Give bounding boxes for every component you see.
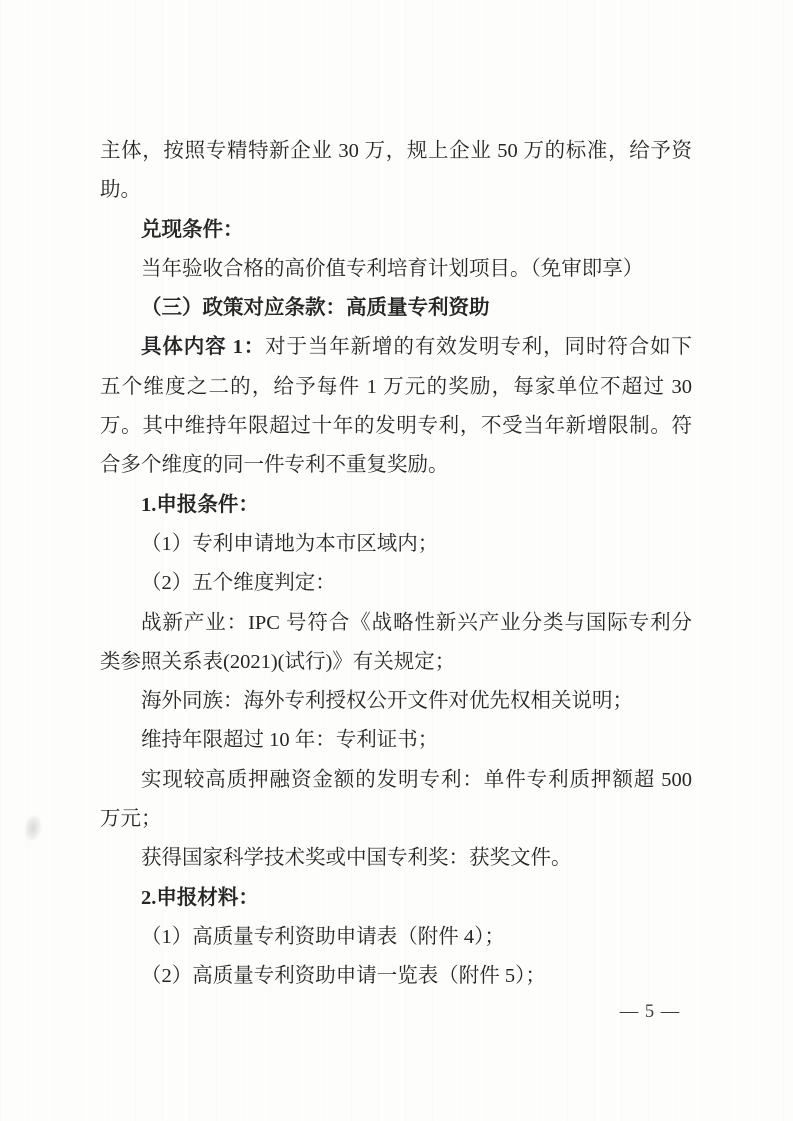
line-text: 当年验收合格的高价值专利培育计划项目。（免审即享） bbox=[141, 258, 643, 280]
line-text: （1）专利申请地为本市区域内； bbox=[141, 533, 438, 555]
line-text: 万。其中维持年限超过十年的发明专利，不受当年新增限制。符 bbox=[100, 415, 692, 437]
line-text: （2）高质量专利资助申请一览表（附件 5）； bbox=[141, 965, 546, 987]
text-line: （1）专利申请地为本市区域内； bbox=[100, 525, 692, 564]
line-text: 获得国家科学技术奖或中国专利奖：获奖文件。 bbox=[141, 847, 572, 869]
text-line: 万。其中维持年限超过十年的发明专利，不受当年新增限制。符 bbox=[100, 407, 692, 446]
line-text: 实现较高质押融资金额的发明专利：单件专利质押额超 500 bbox=[141, 769, 692, 791]
text-line: 当年验收合格的高价值专利培育计划项目。（免审即享） bbox=[100, 250, 692, 289]
line-text: （1）高质量专利资助申请表（附件 4）； bbox=[141, 926, 505, 948]
document-page: 主体，按照专精特新企业 30 万，规上企业 50 万的标准，给予资 助。 兑现条… bbox=[0, 0, 793, 1121]
line-bold-text: 1.申报条件： bbox=[141, 494, 259, 516]
line-text: 维持年限超过 10 年：专利证书； bbox=[141, 729, 438, 751]
line-text: 对于当年新增的有效发明专利，同时符合如下 bbox=[265, 336, 692, 358]
line-text: 类参照关系表(2021)(试行)》有关规定； bbox=[100, 651, 455, 673]
text-line: （2）五个维度判定： bbox=[100, 564, 692, 603]
line-bold-text: 具体内容 1： bbox=[141, 336, 265, 358]
line-text: 万元； bbox=[100, 808, 162, 830]
line-bold-text: 兑现条件： bbox=[141, 219, 244, 241]
text-line: 助。 bbox=[100, 171, 692, 210]
page-number: — 5 — bbox=[600, 1002, 700, 1023]
text-line: （1）高质量专利资助申请表（附件 4）； bbox=[100, 918, 692, 957]
text-line: 实现较高质押融资金额的发明专利：单件专利质押额超 500 bbox=[100, 761, 692, 800]
line-text: 海外同族：海外专利授权公开文件对优先权相关说明； bbox=[141, 690, 633, 712]
section-heading: 兑现条件： bbox=[100, 211, 692, 250]
text-line: （2）高质量专利资助申请一览表（附件 5）； bbox=[100, 957, 692, 996]
text-line: 主体，按照专精特新企业 30 万，规上企业 50 万的标准，给予资 bbox=[100, 132, 692, 171]
line-bold-text: 2.申报材料： bbox=[141, 887, 259, 909]
line-text: 合多个维度的同一件专利不重复奖励。 bbox=[100, 454, 449, 476]
text-line: 海外同族：海外专利授权公开文件对优先权相关说明； bbox=[100, 682, 692, 721]
text-line: 具体内容 1：对于当年新增的有效发明专利，同时符合如下 bbox=[100, 328, 692, 367]
text-line: 万元； bbox=[100, 800, 692, 839]
section-heading: 2.申报材料： bbox=[100, 879, 692, 918]
text-line: 获得国家科学技术奖或中国专利奖：获奖文件。 bbox=[100, 839, 692, 878]
text-line: 维持年限超过 10 年：专利证书； bbox=[100, 721, 692, 760]
text-line: 五个维度之二的，给予每件 1 万元的奖励，每家单位不超过 30 bbox=[100, 368, 692, 407]
text-line: 类参照关系表(2021)(试行)》有关规定； bbox=[100, 643, 692, 682]
section-heading: 1.申报条件： bbox=[100, 486, 692, 525]
section-heading: （三）政策对应条款：高质量专利资助 bbox=[100, 289, 692, 328]
text-line: 合多个维度的同一件专利不重复奖励。 bbox=[100, 446, 692, 485]
document-body: 主体，按照专精特新企业 30 万，规上企业 50 万的标准，给予资 助。 兑现条… bbox=[100, 132, 692, 997]
scan-smudge bbox=[23, 814, 43, 842]
line-text: （2）五个维度判定： bbox=[141, 572, 336, 594]
line-text: 战新产业：IPC 号符合《战略性新兴产业分类与国际专利分 bbox=[141, 612, 692, 634]
line-bold-text: （三）政策对应条款：高质量专利资助 bbox=[141, 297, 490, 319]
line-text: 助。 bbox=[100, 179, 141, 201]
line-text: 主体，按照专精特新企业 30 万，规上企业 50 万的标准，给予资 bbox=[100, 140, 692, 162]
line-text: 五个维度之二的，给予每件 1 万元的奖励，每家单位不超过 30 bbox=[100, 376, 692, 398]
text-line: 战新产业：IPC 号符合《战略性新兴产业分类与国际专利分 bbox=[100, 604, 692, 643]
